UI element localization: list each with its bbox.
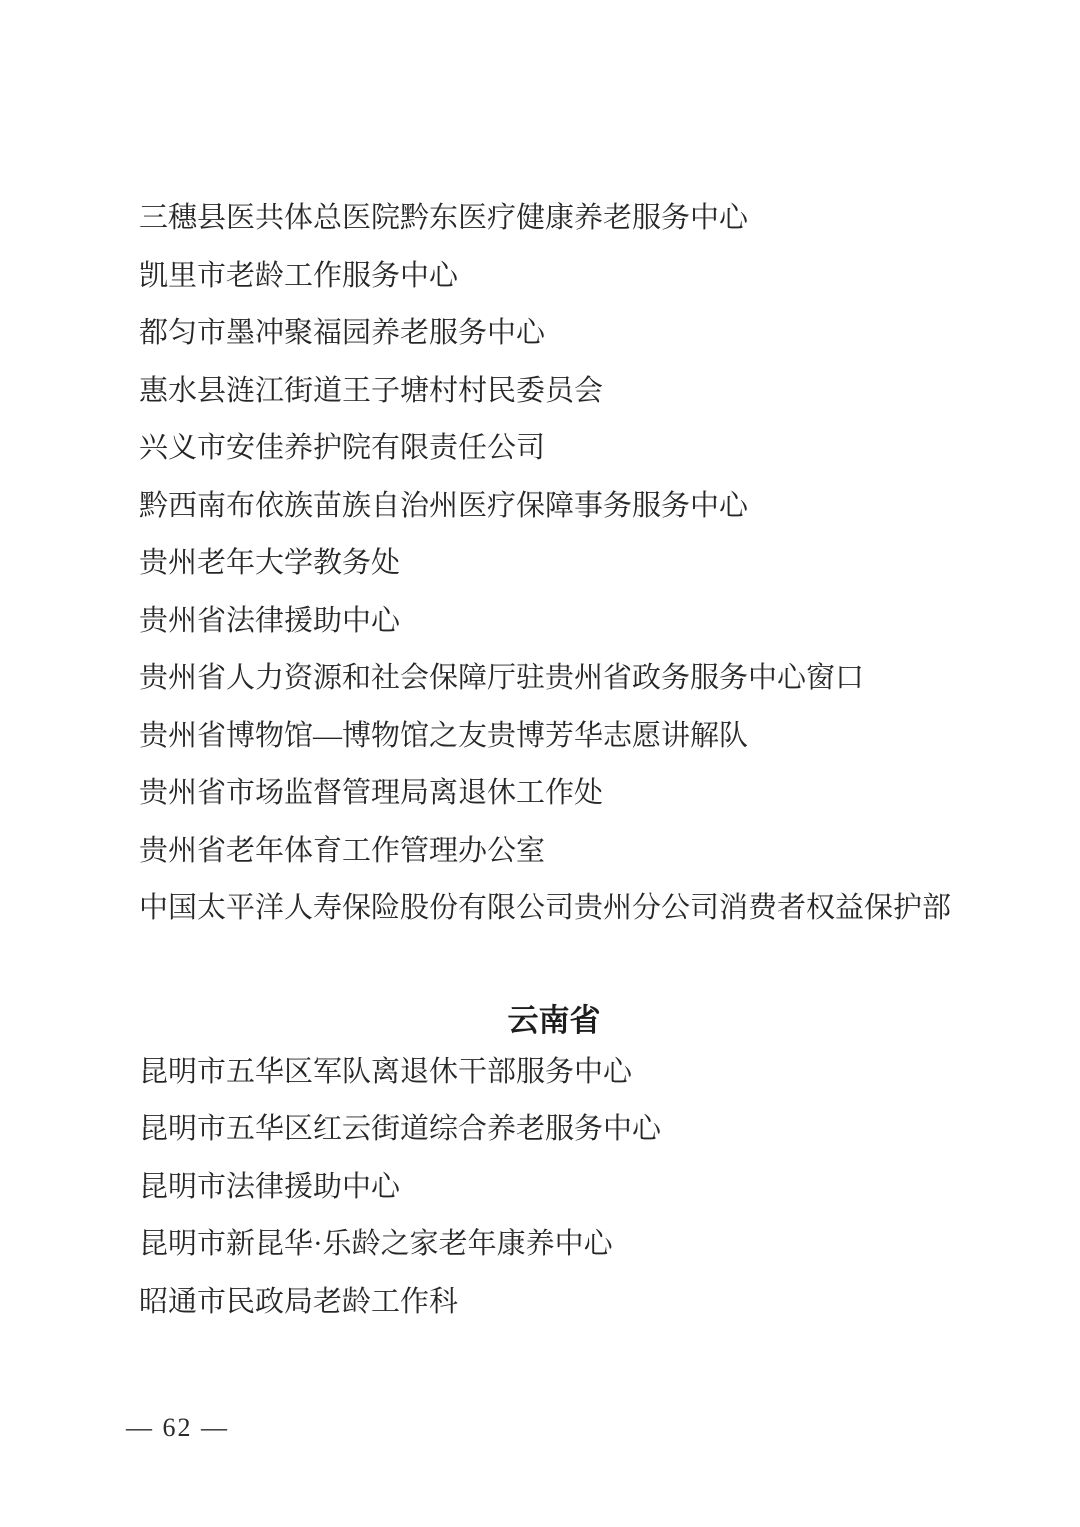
org-list-item: 中国太平洋人寿保险股份有限公司贵州分公司消费者权益保护部 <box>139 880 969 938</box>
section-heading-yunnan: 云南省 <box>139 1001 969 1041</box>
org-list-yunnan: 昆明市五华区军队离退休干部服务中心 昆明市五华区红云街道综合养老服务中心 昆明市… <box>139 1044 969 1332</box>
org-list-item: 贵州省人力资源和社会保障厅驻贵州省政务服务中心窗口 <box>139 650 969 708</box>
org-list-item: 兴义市安佳养护院有限责任公司 <box>139 420 969 478</box>
org-list-item: 凯里市老龄工作服务中心 <box>139 248 969 306</box>
org-list-item: 贵州省老年体育工作管理办公室 <box>139 823 969 881</box>
org-list-item: 昆明市新昆华·乐龄之家老年康养中心 <box>139 1216 969 1274</box>
page-number: — 62 — <box>126 1412 229 1444</box>
org-list-item: 贵州省市场监督管理局离退休工作处 <box>139 765 969 823</box>
org-list-item: 贵州省博物馆—博物馆之友贵博芳华志愿讲解队 <box>139 708 969 766</box>
org-list-item: 昆明市五华区军队离退休干部服务中心 <box>139 1044 969 1102</box>
document-content: 三穗县医共体总医院黔东医疗健康养老服务中心 凯里市老龄工作服务中心 都匀市墨冲聚… <box>139 190 969 1331</box>
org-list-item: 贵州省法律援助中心 <box>139 593 969 651</box>
org-list-item: 昆明市五华区红云街道综合养老服务中心 <box>139 1101 969 1159</box>
org-list-item: 都匀市墨冲聚福园养老服务中心 <box>139 305 969 363</box>
org-list-guizhou-continued: 三穗县医共体总医院黔东医疗健康养老服务中心 凯里市老龄工作服务中心 都匀市墨冲聚… <box>139 190 969 938</box>
org-list-item: 惠水县涟江街道王子塘村村民委员会 <box>139 363 969 421</box>
org-list-item: 昭通市民政局老龄工作科 <box>139 1274 969 1332</box>
org-list-item: 三穗县医共体总医院黔东医疗健康养老服务中心 <box>139 190 969 248</box>
document-page: 三穗县医共体总医院黔东医疗健康养老服务中心 凯里市老龄工作服务中心 都匀市墨冲聚… <box>0 0 1080 1527</box>
org-list-item: 昆明市法律援助中心 <box>139 1159 969 1217</box>
org-list-item: 贵州老年大学教务处 <box>139 535 969 593</box>
org-list-item: 黔西南布依族苗族自治州医疗保障事务服务中心 <box>139 478 969 536</box>
